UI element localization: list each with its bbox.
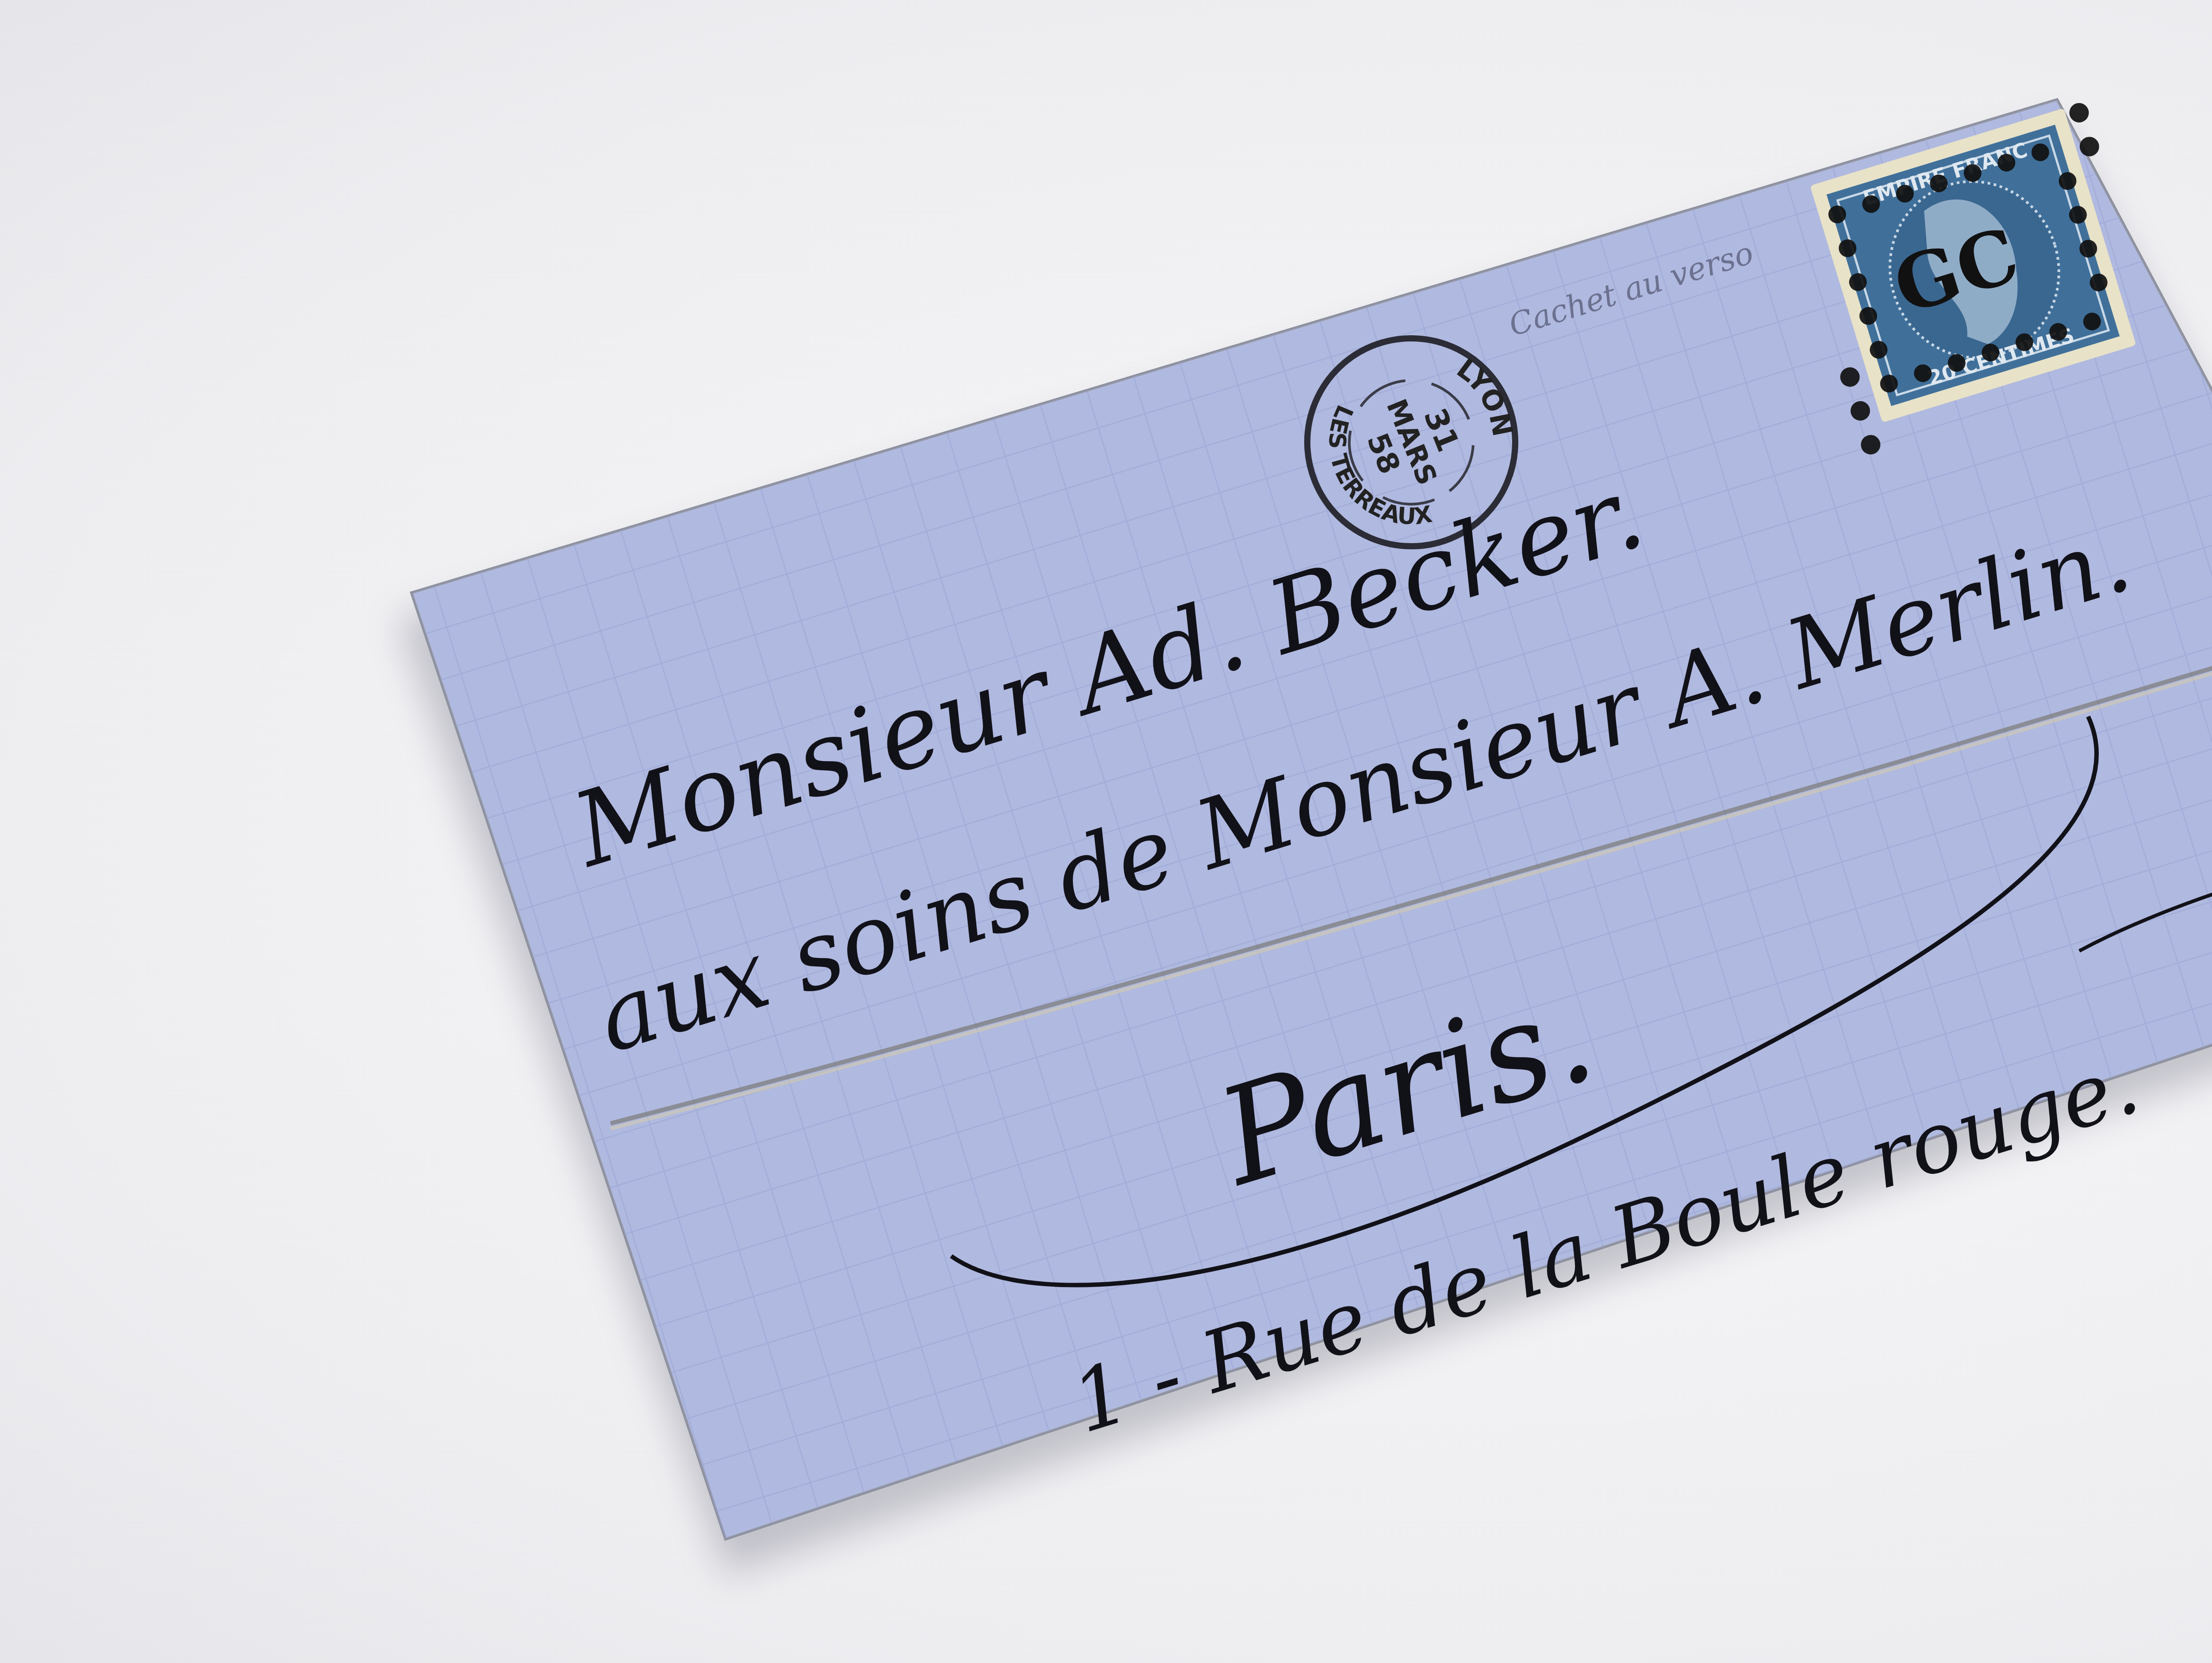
letter-photo: Cachet au verso LYON LES TERREAUX 31 MAR… [0,0,2212,1663]
photo-stage: Cachet au verso LYON LES TERREAUX 31 MAR… [0,0,2212,1663]
